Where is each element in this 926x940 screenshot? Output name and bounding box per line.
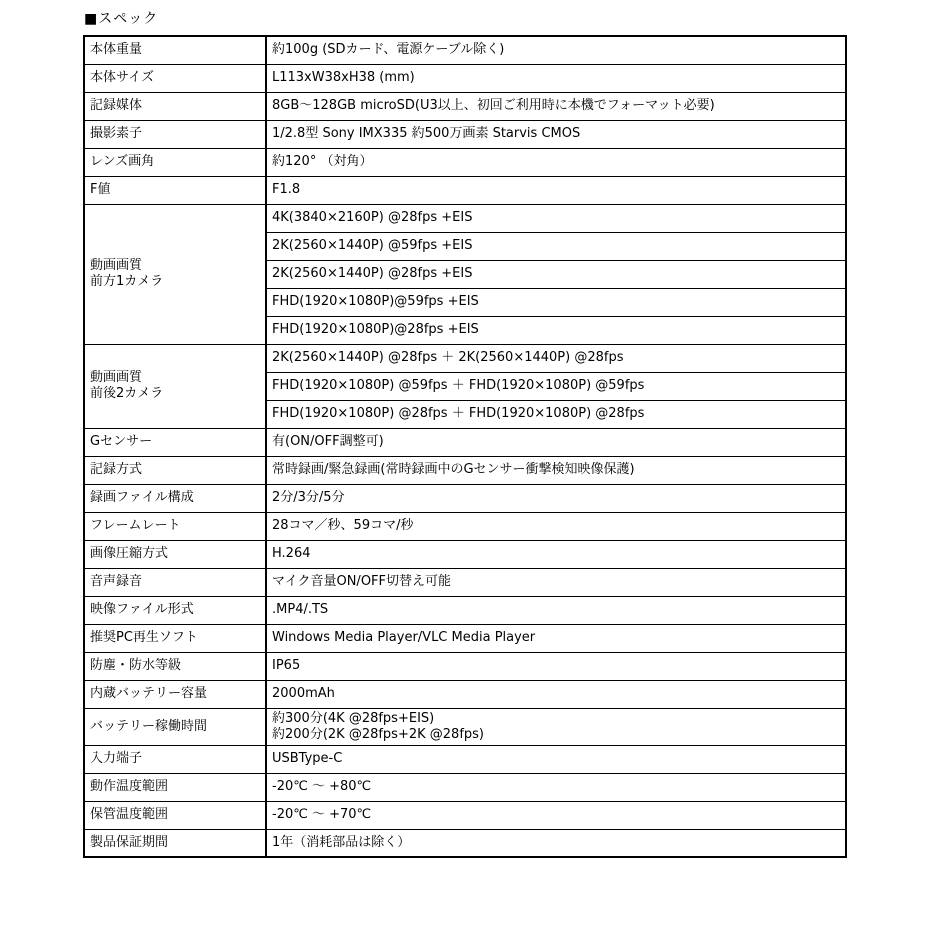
- spec-label-cell: 動画画質前方1カメラ: [84, 204, 266, 344]
- spec-row: 推奨PC再生ソフトWindows Media Player/VLC Media …: [84, 624, 846, 652]
- spec-value-cell: L113xW38xH38 (mm): [266, 64, 846, 92]
- spec-row: 動画画質前後2カメラ2K(2560×1440P) @28fps ＋ 2K(256…: [84, 344, 846, 372]
- spec-value-line: USBType-C: [272, 751, 841, 767]
- spec-value-line: FHD(1920×1080P)@59fps +EIS: [272, 294, 841, 310]
- spec-value-line: 2K(2560×1440P) @28fps +EIS: [272, 266, 841, 282]
- spec-value-cell: 2K(2560×1440P) @59fps +EIS: [266, 232, 846, 260]
- spec-label-cell: 入力端子: [84, 745, 266, 773]
- spec-row: 映像ファイル形式.MP4/.TS: [84, 596, 846, 624]
- spec-row: 画像圧縮方式H.264: [84, 540, 846, 568]
- spec-label-line: 本体重量: [90, 42, 261, 58]
- spec-value-line: 常時録画/緊急録画(常時録画中のGセンサー衝撃検知映像保護): [272, 462, 841, 478]
- spec-value-cell: 有(ON/OFF調整可): [266, 428, 846, 456]
- spec-label-line: 録画ファイル構成: [90, 490, 261, 506]
- spec-label-cell: 記録方式: [84, 456, 266, 484]
- spec-label-line: 防塵・防水等級: [90, 658, 261, 674]
- spec-label-line: 製品保証期間: [90, 835, 261, 851]
- spec-value-line: 2000mAh: [272, 686, 841, 702]
- spec-row: フレームレート28コマ／秒、59コマ/秒: [84, 512, 846, 540]
- spec-label-line: F値: [90, 182, 261, 198]
- spec-value-line: 8GB～128GB microSD(U3以上、初回ご利用時に本機でフォーマット必…: [272, 98, 841, 114]
- spec-row: 入力端子USBType-C: [84, 745, 846, 773]
- spec-value-line: -20℃ ～ +80℃: [272, 779, 841, 795]
- spec-value-line: FHD(1920×1080P) @59fps ＋ FHD(1920×1080P)…: [272, 378, 841, 394]
- spec-value-cell: Windows Media Player/VLC Media Player: [266, 624, 846, 652]
- spec-table-body: 本体重量約100g (SDカード、電源ケーブル除く)本体サイズL113xW38x…: [84, 36, 846, 857]
- spec-label-cell: 内蔵バッテリー容量: [84, 680, 266, 708]
- spec-row: 記録方式常時録画/緊急録画(常時録画中のGセンサー衝撃検知映像保護): [84, 456, 846, 484]
- spec-label-line: 前方1カメラ: [90, 274, 261, 290]
- spec-label-cell: 本体サイズ: [84, 64, 266, 92]
- spec-value-line: 有(ON/OFF調整可): [272, 434, 841, 450]
- spec-value-line: IP65: [272, 658, 841, 674]
- spec-label-line: 動画画質: [90, 258, 261, 274]
- spec-value-cell: FHD(1920×1080P) @59fps ＋ FHD(1920×1080P)…: [266, 372, 846, 400]
- spec-value-cell: USBType-C: [266, 745, 846, 773]
- spec-value-cell: -20℃ ～ +80℃: [266, 773, 846, 801]
- spec-value-line: 2K(2560×1440P) @28fps ＋ 2K(2560×1440P) @…: [272, 350, 841, 366]
- spec-value-line: FHD(1920×1080P)@28fps +EIS: [272, 322, 841, 338]
- spec-label-line: 保管温度範囲: [90, 807, 261, 823]
- spec-label-cell: 製品保証期間: [84, 829, 266, 857]
- spec-row: 製品保証期間1年（消耗部品は除く）: [84, 829, 846, 857]
- spec-value-cell: 4K(3840×2160P) @28fps +EIS: [266, 204, 846, 232]
- spec-value-line: 約120° （対角）: [272, 154, 841, 170]
- spec-label-line: 内蔵バッテリー容量: [90, 686, 261, 702]
- spec-label-line: 前後2カメラ: [90, 386, 261, 402]
- spec-label-line: 推奨PC再生ソフト: [90, 630, 261, 646]
- spec-value-line: 2K(2560×1440P) @59fps +EIS: [272, 238, 841, 254]
- spec-value-line: 1年（消耗部品は除く）: [272, 835, 841, 851]
- spec-row: 本体重量約100g (SDカード、電源ケーブル除く): [84, 36, 846, 64]
- spec-value-cell: FHD(1920×1080P)@28fps +EIS: [266, 316, 846, 344]
- spec-label-cell: F値: [84, 176, 266, 204]
- spec-label-line: バッテリー稼働時間: [90, 719, 261, 735]
- spec-label-line: 映像ファイル形式: [90, 602, 261, 618]
- spec-value-line: FHD(1920×1080P) @28fps ＋ FHD(1920×1080P)…: [272, 406, 841, 422]
- spec-value-cell: 約300分(4K @28fps+EIS)約200分(2K @28fps+2K @…: [266, 708, 846, 745]
- spec-value-line: 4K(3840×2160P) @28fps +EIS: [272, 210, 841, 226]
- spec-row: 動作温度範囲-20℃ ～ +80℃: [84, 773, 846, 801]
- spec-label-line: 撮影素子: [90, 126, 261, 142]
- spec-value-line: 約300分(4K @28fps+EIS): [272, 711, 841, 727]
- spec-label-cell: 動画画質前後2カメラ: [84, 344, 266, 428]
- spec-label-cell: 撮影素子: [84, 120, 266, 148]
- spec-label-line: 入力端子: [90, 751, 261, 767]
- spec-value-line: -20℃ ～ +70℃: [272, 807, 841, 823]
- spec-value-cell: 約120° （対角）: [266, 148, 846, 176]
- spec-label-line: 本体サイズ: [90, 70, 261, 86]
- spec-value-cell: 8GB～128GB microSD(U3以上、初回ご利用時に本機でフォーマット必…: [266, 92, 846, 120]
- spec-label-cell: バッテリー稼働時間: [84, 708, 266, 745]
- spec-row: 撮影素子1/2.8型 Sony IMX335 約500万画素 Starvis C…: [84, 120, 846, 148]
- spec-label-cell: 防塵・防水等級: [84, 652, 266, 680]
- spec-label-cell: 推奨PC再生ソフト: [84, 624, 266, 652]
- spec-value-line: 約100g (SDカード、電源ケーブル除く): [272, 42, 841, 58]
- spec-label-cell: 本体重量: [84, 36, 266, 64]
- spec-label-cell: 画像圧縮方式: [84, 540, 266, 568]
- spec-label-line: レンズ画角: [90, 154, 261, 170]
- spec-label-line: 記録方式: [90, 462, 261, 478]
- spec-value-line: Windows Media Player/VLC Media Player: [272, 630, 841, 646]
- spec-row: 録画ファイル構成2分/3分/5分: [84, 484, 846, 512]
- spec-row: 防塵・防水等級IP65: [84, 652, 846, 680]
- spec-row: 動画画質前方1カメラ4K(3840×2160P) @28fps +EIS: [84, 204, 846, 232]
- page-title: ■スペック: [84, 8, 158, 28]
- spec-label-cell: 録画ファイル構成: [84, 484, 266, 512]
- spec-value-line: H.264: [272, 546, 841, 562]
- spec-label-cell: 記録媒体: [84, 92, 266, 120]
- spec-row: 内蔵バッテリー容量2000mAh: [84, 680, 846, 708]
- spec-label-cell: 動作温度範囲: [84, 773, 266, 801]
- spec-value-line: .MP4/.TS: [272, 602, 841, 618]
- spec-label-cell: Gセンサー: [84, 428, 266, 456]
- spec-row: F値F1.8: [84, 176, 846, 204]
- spec-value-cell: FHD(1920×1080P) @28fps ＋ FHD(1920×1080P)…: [266, 400, 846, 428]
- spec-value-line: 約200分(2K @28fps+2K @28fps): [272, 727, 841, 743]
- spec-label-line: Gセンサー: [90, 434, 261, 450]
- spec-value-cell: 2分/3分/5分: [266, 484, 846, 512]
- spec-value-cell: IP65: [266, 652, 846, 680]
- spec-value-cell: 28コマ／秒、59コマ/秒: [266, 512, 846, 540]
- spec-label-line: フレームレート: [90, 518, 261, 534]
- spec-row: レンズ画角約120° （対角）: [84, 148, 846, 176]
- spec-label-cell: 保管温度範囲: [84, 801, 266, 829]
- spec-label-cell: 音声録音: [84, 568, 266, 596]
- spec-label-line: 動作温度範囲: [90, 779, 261, 795]
- spec-row: 保管温度範囲-20℃ ～ +70℃: [84, 801, 846, 829]
- spec-value-cell: FHD(1920×1080P)@59fps +EIS: [266, 288, 846, 316]
- spec-value-line: F1.8: [272, 182, 841, 198]
- spec-row: バッテリー稼働時間約300分(4K @28fps+EIS)約200分(2K @2…: [84, 708, 846, 745]
- spec-value-cell: 2K(2560×1440P) @28fps ＋ 2K(2560×1440P) @…: [266, 344, 846, 372]
- spec-value-line: 2分/3分/5分: [272, 490, 841, 506]
- spec-label-line: 画像圧縮方式: [90, 546, 261, 562]
- spec-row: 記録媒体8GB～128GB microSD(U3以上、初回ご利用時に本機でフォー…: [84, 92, 846, 120]
- spec-value-cell: H.264: [266, 540, 846, 568]
- spec-label-line: 動画画質: [90, 370, 261, 386]
- spec-row: 音声録音マイク音量ON/OFF切替え可能: [84, 568, 846, 596]
- spec-value-line: L113xW38xH38 (mm): [272, 70, 841, 86]
- spec-value-cell: 2K(2560×1440P) @28fps +EIS: [266, 260, 846, 288]
- spec-label-cell: フレームレート: [84, 512, 266, 540]
- spec-value-cell: 常時録画/緊急録画(常時録画中のGセンサー衝撃検知映像保護): [266, 456, 846, 484]
- spec-value-cell: .MP4/.TS: [266, 596, 846, 624]
- spec-value-line: マイク音量ON/OFF切替え可能: [272, 574, 841, 590]
- spec-value-cell: 1/2.8型 Sony IMX335 約500万画素 Starvis CMOS: [266, 120, 846, 148]
- spec-label-cell: 映像ファイル形式: [84, 596, 266, 624]
- spec-table: 本体重量約100g (SDカード、電源ケーブル除く)本体サイズL113xW38x…: [83, 35, 847, 858]
- spec-value-cell: F1.8: [266, 176, 846, 204]
- spec-value-cell: -20℃ ～ +70℃: [266, 801, 846, 829]
- spec-value-cell: 2000mAh: [266, 680, 846, 708]
- spec-value-cell: マイク音量ON/OFF切替え可能: [266, 568, 846, 596]
- spec-row: 本体サイズL113xW38xH38 (mm): [84, 64, 846, 92]
- spec-label-line: 記録媒体: [90, 98, 261, 114]
- spec-label-cell: レンズ画角: [84, 148, 266, 176]
- spec-value-cell: 1年（消耗部品は除く）: [266, 829, 846, 857]
- spec-label-line: 音声録音: [90, 574, 261, 590]
- spec-value-line: 28コマ／秒、59コマ/秒: [272, 518, 841, 534]
- spec-value-line: 1/2.8型 Sony IMX335 約500万画素 Starvis CMOS: [272, 126, 841, 142]
- spec-row: Gセンサー有(ON/OFF調整可): [84, 428, 846, 456]
- spec-value-cell: 約100g (SDカード、電源ケーブル除く): [266, 36, 846, 64]
